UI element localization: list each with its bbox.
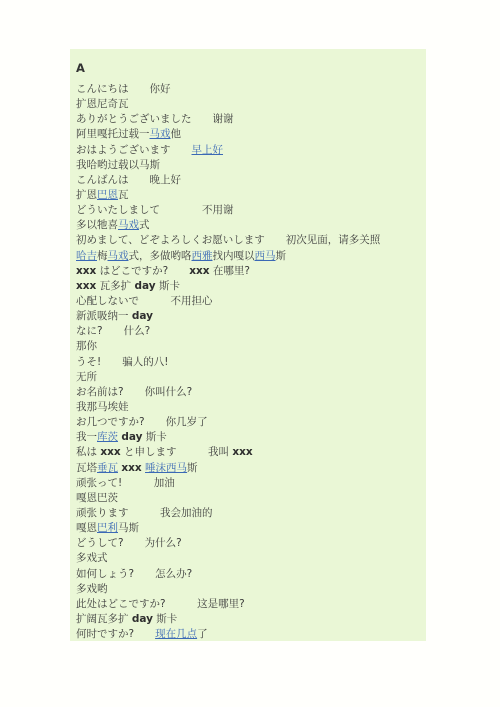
phrase-line: 我一库茨 day 斯卡: [76, 430, 420, 445]
linked-term[interactable]: 西雅: [192, 250, 213, 262]
phrase-text: 我一: [76, 431, 97, 443]
phrase-text: 找内嘎以: [213, 250, 255, 262]
phrase-text: 梅: [97, 250, 108, 262]
linked-term[interactable]: 早上好: [192, 144, 224, 156]
phrase-text: 扩恩尼奇瓦: [76, 98, 129, 110]
linked-term[interactable]: 库茨: [97, 431, 118, 443]
phrase-text: 瓦多扩: [96, 280, 134, 292]
linked-term[interactable]: 西马: [255, 250, 276, 262]
phrase-text: 无所: [76, 371, 97, 383]
phrase-line: 顽张ります 我会加油的: [76, 506, 420, 521]
phrase-text: 初めまして、どぞよろしくお愿いします 初次见面，请多关照: [76, 234, 380, 246]
phrase-text: 扩阔瓦多扩: [76, 613, 132, 625]
phrase-line: 扩恩巴恩瓦: [76, 188, 420, 203]
phrase-text: 嘎恩: [76, 522, 97, 534]
phrase-text: 斯: [276, 250, 287, 262]
latin-text: xxx: [100, 446, 120, 458]
phrase-line: お名前は? 你叫什么?: [76, 385, 420, 400]
phrase-text: 斯: [187, 462, 198, 474]
phrase-text: 此处はどこですか? 这是哪里?: [76, 598, 245, 610]
phrase-line: ありがとうございました 谢谢: [76, 112, 420, 127]
phrase-line: こんばんは 晚上好: [76, 173, 420, 188]
phrase-line: 扩阔瓦多扩 day 斯卡: [76, 612, 420, 627]
phrase-line: 新派吸纳一 day: [76, 309, 420, 324]
phrase-line: なに? 什么?: [76, 324, 420, 339]
phrase-line: 何时ですか? 现在几点了: [76, 627, 420, 642]
phrase-text: 私は: [76, 446, 100, 458]
linked-term[interactable]: 现在几点: [155, 628, 197, 640]
phrase-text: 斯卡: [142, 431, 166, 443]
section-heading: A: [76, 61, 420, 75]
linked-term[interactable]: 哈吉: [76, 250, 97, 262]
phrase-line: どうして? 为什么?: [76, 536, 420, 551]
phrase-text: 多戏式: [76, 552, 108, 564]
latin-text: day: [132, 310, 153, 322]
phrase-text: 新派吸纳一: [76, 310, 132, 322]
phrase-line: 扩恩尼奇瓦: [76, 97, 420, 112]
phrase-text: 马斯: [118, 522, 139, 534]
phrase-line: 此处はどこですか? 这是哪里?: [76, 597, 420, 612]
phrase-text: 嘎恩巴茨: [76, 492, 118, 504]
linked-term[interactable]: 垂瓦: [97, 462, 118, 474]
phrase-text: こんばんは 晚上好: [76, 174, 181, 186]
phrase-text: 瓦: [118, 189, 129, 201]
linked-term[interactable]: 唾沫西马: [145, 462, 187, 474]
phrase-text: 那你: [76, 340, 97, 352]
phrase-line: 阿里嘎托过载一马戏他: [76, 127, 420, 142]
page-background: { "colors": { "canvas_bg": "#fffffc", "p…: [0, 0, 500, 707]
latin-text: xxx: [232, 446, 252, 458]
phrase-text: 何时ですか?: [76, 628, 155, 640]
phrase-text: 在哪里?: [210, 265, 250, 277]
phrase-text: 多以牠喜: [76, 219, 118, 231]
phrase-line: xxx 瓦多扩 day 斯卡: [76, 279, 420, 294]
phrase-line: 初めまして、どぞよろしくお愿いします 初次见面，请多关照: [76, 233, 420, 248]
phrase-text: なに? 什么?: [76, 325, 150, 337]
phrase-text: 瓦塔: [76, 462, 97, 474]
phrase-text: 顽张ります 我会加油的: [76, 507, 213, 519]
phrase-text: 阿里嘎托过载一: [76, 128, 150, 140]
phrase-text: と申します 我叫: [121, 446, 233, 458]
phrase-text: 式，多做哟咯: [129, 250, 192, 262]
latin-text: xxx: [189, 265, 209, 277]
phrase-text: どうして? 为什么?: [76, 537, 182, 549]
phrase-text: 多戏哟: [76, 583, 108, 595]
linked-term[interactable]: 马戏: [108, 250, 129, 262]
phrase-text: 式: [139, 219, 150, 231]
phrase-line: 我那马埃娃: [76, 400, 420, 415]
phrase-line: 无所: [76, 370, 420, 385]
linked-term[interactable]: 马戏: [118, 219, 139, 231]
phrase-line: 瓦塔垂瓦 xxx 唾沫西马斯: [76, 461, 420, 476]
phrase-text: おはようございます: [76, 144, 192, 156]
phrase-line: 哈吉梅马戏式，多做哟咯西雅找内嘎以西马斯: [76, 249, 420, 264]
phrase-line: 多以牠喜马戏式: [76, 218, 420, 233]
phrase-line: 如何しょう? 怎么办?: [76, 567, 420, 582]
phrase-text: 了: [197, 628, 208, 640]
phrase-line: お几つですか? 你几岁了: [76, 415, 420, 430]
phrase-line: うそ! 骗人的八!: [76, 355, 420, 370]
phrase-text: はどこですか?: [96, 265, 189, 277]
phrase-text: お名前は? 你叫什么?: [76, 386, 192, 398]
phrase-text: お几つですか? 你几岁了: [76, 416, 208, 428]
phrase-line: 那你: [76, 339, 420, 354]
linked-term[interactable]: 巴恩: [97, 189, 118, 201]
phrase-text: うそ! 骗人的八!: [76, 356, 168, 368]
phrase-text: 如何しょう? 怎么办?: [76, 568, 192, 580]
phrase-list: こんにちは 你好扩恩尼奇瓦ありがとうございました 谢谢阿里嘎托过载一马戏他おはよ…: [76, 82, 420, 642]
phrase-text: 顽张って! 加油: [76, 477, 175, 489]
latin-text: xxx: [121, 462, 141, 474]
phrase-text: 斯卡: [153, 613, 177, 625]
phrase-line: 心配しないで 不用担心: [76, 294, 420, 309]
phrase-text: こんにちは 你好: [76, 83, 171, 95]
phrase-line: どういたしまして 不用谢: [76, 203, 420, 218]
phrase-line: 多戏式: [76, 551, 420, 566]
phrase-text: 心配しないで 不用担心: [76, 295, 213, 307]
phrase-text: 扩恩: [76, 189, 97, 201]
latin-text: day: [135, 280, 156, 292]
latin-text: day: [121, 431, 142, 443]
latin-text: xxx: [76, 280, 96, 292]
linked-term[interactable]: 巴利: [97, 522, 118, 534]
phrase-line: 我哈哟过载以马斯: [76, 158, 420, 173]
latin-text: day: [132, 613, 153, 625]
phrase-line: 多戏哟: [76, 582, 420, 597]
phrase-text: 我哈哟过载以马斯: [76, 159, 160, 171]
phrase-text: ありがとうございました 谢谢: [76, 113, 234, 125]
phrase-text: 我那马埃娃: [76, 401, 129, 413]
phrase-line: 嘎恩巴茨: [76, 491, 420, 506]
phrase-line: 私は xxx と申します 我叫 xxx: [76, 445, 420, 460]
phrase-text: どういたしまして 不用谢: [76, 204, 234, 216]
latin-text: xxx: [76, 265, 96, 277]
phrase-text: 斯卡: [156, 280, 180, 292]
phrase-line: 嘎恩巴利马斯: [76, 521, 420, 536]
document-page: A こんにちは 你好扩恩尼奇瓦ありがとうございました 谢谢阿里嘎托过载一马戏他お…: [70, 49, 426, 641]
phrase-line: 顽张って! 加油: [76, 476, 420, 491]
phrase-line: xxx はどこですか? xxx 在哪里?: [76, 264, 420, 279]
phrase-line: おはようございます 早上好: [76, 143, 420, 158]
linked-term[interactable]: 马戏: [150, 128, 171, 140]
phrase-text: 他: [171, 128, 182, 140]
phrase-line: こんにちは 你好: [76, 82, 420, 97]
